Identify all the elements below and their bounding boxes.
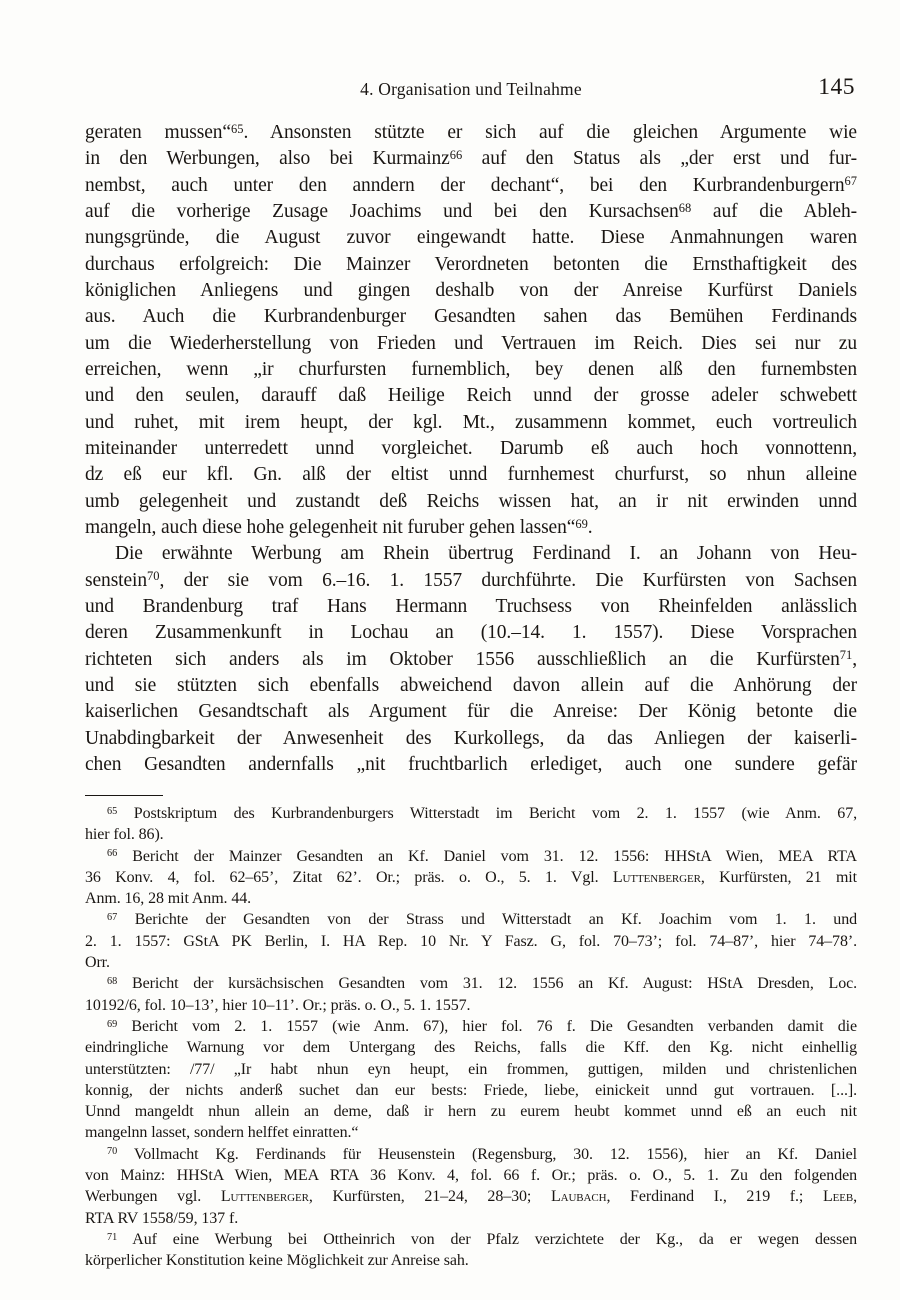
text-line: Unnd mangeldt nhun allein an deme, daß i…	[85, 1101, 857, 1122]
text-segment: um die Wiederherstellung von Frieden und…	[85, 333, 857, 354]
text-segment: und Brandenburg traf Hans Hermann Truchs…	[85, 596, 857, 617]
text-segment: Vollmacht Kg. Ferdinands für Heusenstein…	[117, 1146, 857, 1163]
footnote-marker: 68	[107, 976, 117, 987]
text-segment: auf die vorherige Zusage Joachims und be…	[85, 201, 679, 222]
text-line: erreichen, wenn „ir churfursten furnembl…	[85, 357, 857, 383]
footnotes: 65 Postskriptum des Kurbrandenburgers Wi…	[85, 803, 857, 1272]
text-line: und den seulen, darauff daß Heilige Reic…	[85, 383, 857, 409]
text-segment: .	[588, 517, 593, 538]
text-segment: Berichte der Gesandten von der Strass un…	[117, 911, 857, 928]
text-segment: senstein	[85, 570, 147, 591]
text-segment: und ruhet, mit irem heupt, der kgl. Mt.,…	[85, 412, 857, 433]
footnote-marker: 66	[450, 148, 462, 162]
text-line: 36 Konv. 4, fol. 62–65’, Zitat 62’. Or.;…	[85, 867, 857, 888]
text-segment: Laubach	[551, 1188, 607, 1205]
text-segment: mangeln, auch diese hohe gelegenheit nit…	[85, 517, 575, 538]
text-line: aus. Auch die Kurbrandenburger Gesandten…	[85, 304, 857, 330]
text-segment: Bericht der kursächsischen Gesandten vom…	[117, 975, 857, 992]
text-segment: eindringliche Warnung vor dem Untergang …	[85, 1039, 857, 1056]
text-line: um die Wiederherstellung von Frieden und…	[85, 331, 857, 357]
book-page: 4. Organisation und Teilnahme 145 gerate…	[0, 0, 900, 1300]
text-line: miteinander unterredett unnd vorgleichet…	[85, 436, 857, 462]
text-line: Die erwähnte Werbung am Rhein übertrug F…	[85, 541, 857, 567]
text-segment: RTA RV 1558/59, 137 f.	[85, 1210, 238, 1227]
footnote-marker: 65	[107, 806, 117, 817]
text-line: eindringliche Warnung vor dem Untergang …	[85, 1037, 857, 1058]
text-line: durchaus erfolgreich: Die Mainzer Verord…	[85, 252, 857, 278]
text-segment: in den Werbungen, also bei Kurmainz	[85, 148, 450, 169]
text-segment: mangelnn lasset, sondern helffet einratt…	[85, 1124, 358, 1141]
text-line: von Mainz: HHStA Wien, MEA RTA 36 Konv. …	[85, 1165, 857, 1186]
text-segment: 10192/6, fol. 10–13’, hier 10–11’. Or.; …	[85, 997, 470, 1014]
text-line: deren Zusammenkunft in Lochau an (10.–14…	[85, 620, 857, 646]
text-segment: und den seulen, darauff daß Heilige Reic…	[85, 385, 857, 406]
text-segment: Leeb	[823, 1188, 853, 1205]
text-line: mangeln, auch diese hohe gelegenheit nit…	[85, 515, 857, 541]
text-segment: ,	[852, 649, 857, 670]
text-line: auf die vorherige Zusage Joachims und be…	[85, 199, 857, 225]
text-segment: Luttenberger	[221, 1188, 309, 1205]
text-segment: miteinander unterredett unnd vorgleichet…	[85, 438, 857, 459]
text-segment: auf die Ableh-	[691, 201, 857, 222]
text-line: Anm. 16, 28 mit Anm. 44.	[85, 888, 857, 909]
text-line: mangelnn lasset, sondern helffet einratt…	[85, 1122, 857, 1143]
text-segment: Unnd mangeldt nhun allein an deme, daß i…	[85, 1103, 857, 1120]
footnote-marker: 71	[840, 648, 852, 662]
page-number: 145	[818, 74, 855, 100]
text-segment: ,	[853, 1188, 857, 1205]
footnote-marker: 68	[679, 201, 691, 215]
text-line: senstein70, der sie vom 6.–16. 1. 1557 d…	[85, 568, 857, 594]
text-line: 69 Bericht vom 2. 1. 1557 (wie Anm. 67),…	[85, 1016, 857, 1037]
text-line: kaiserlichen Gesandtschaft als Argument …	[85, 699, 857, 725]
text-segment: Bericht vom 2. 1. 1557 (wie Anm. 67), hi…	[117, 1018, 857, 1035]
text-segment: , Ferdinand I., 219 f.;	[606, 1188, 822, 1205]
text-line: körperlicher Konstitution keine Möglichk…	[85, 1250, 857, 1271]
text-line: geraten mussen“65. Ansonsten stützte er …	[85, 120, 857, 146]
text-segment: richteten sich anders als im Oktober 155…	[85, 649, 840, 670]
text-line: dz eß eur kfl. Gn. alß der eltist unnd f…	[85, 462, 857, 488]
text-segment: deren Zusammenkunft in Lochau an (10.–14…	[85, 622, 857, 643]
text-line: nembst, auch unter den anndern der decha…	[85, 173, 857, 199]
text-segment: Orr.	[85, 954, 110, 971]
footnote-marker: 65	[231, 122, 243, 136]
text-segment: Werbungen vgl.	[85, 1188, 221, 1205]
text-segment: 2. 1. 1557: GStA PK Berlin, I. HA Rep. 1…	[85, 933, 857, 950]
footnote-marker: 69	[107, 1019, 117, 1030]
text-line: unterstützten: /77/ „Ir habt nhun eyn he…	[85, 1059, 857, 1080]
text-segment: aus. Auch die Kurbrandenburger Gesandten…	[85, 306, 857, 327]
text-line: 67 Berichte der Gesandten von der Strass…	[85, 909, 857, 930]
text-segment: , Kurfürsten, 21–24, 28–30;	[309, 1188, 551, 1205]
text-segment: königlichen Anliegens und gingen deshalb…	[85, 280, 857, 301]
body-text: geraten mussen“65. Ansonsten stützte er …	[85, 120, 857, 778]
text-segment: hier fol. 86).	[85, 826, 164, 843]
footnote-separator	[85, 795, 163, 796]
text-line: richteten sich anders als im Oktober 155…	[85, 647, 857, 673]
footnote-marker: 66	[107, 848, 117, 859]
text-line: 71 Auf eine Werbung bei Ottheinrich von …	[85, 1229, 857, 1250]
page-header: 4. Organisation und Teilnahme 145	[85, 77, 857, 103]
footnote-marker: 67	[107, 912, 117, 923]
text-line: konnig, der nichts anderß suchet dan eur…	[85, 1080, 857, 1101]
text-segment: . Ansonsten stützte er sich auf die glei…	[243, 122, 857, 143]
text-segment: Bericht der Mainzer Gesandten an Kf. Dan…	[117, 848, 857, 865]
text-segment: von Mainz: HHStA Wien, MEA RTA 36 Konv. …	[85, 1167, 857, 1184]
text-segment: umb gelegenheit und zustandt deß Reichs …	[85, 491, 857, 512]
text-segment: körperlicher Konstitution keine Möglichk…	[85, 1252, 469, 1269]
text-segment: und sie stützten sich ebenfalls abweiche…	[85, 675, 857, 696]
text-line: 10192/6, fol. 10–13’, hier 10–11’. Or.; …	[85, 995, 857, 1016]
text-line: 68 Bericht der kursächsischen Gesandten …	[85, 973, 857, 994]
text-line: hier fol. 86).	[85, 824, 857, 845]
text-line: umb gelegenheit und zustandt deß Reichs …	[85, 489, 857, 515]
footnote-marker: 70	[107, 1146, 117, 1157]
text-segment: auf den Status als „der erst und fur-	[462, 148, 857, 169]
text-line: und ruhet, mit irem heupt, der kgl. Mt.,…	[85, 410, 857, 436]
text-segment: Postskriptum des Kurbrandenburgers Witte…	[117, 805, 857, 822]
text-segment: , der sie vom 6.–16. 1. 1557 durchführte…	[160, 570, 858, 591]
text-segment: konnig, der nichts anderß suchet dan eur…	[85, 1082, 857, 1099]
text-segment: , Kurfürsten, 21 mit	[701, 869, 857, 886]
text-segment: Luttenberger	[613, 869, 701, 886]
text-line: RTA RV 1558/59, 137 f.	[85, 1208, 857, 1229]
text-segment: dz eß eur kfl. Gn. alß der eltist unnd f…	[85, 464, 857, 485]
text-line: nungsgründe, die August zuvor eingewandt…	[85, 225, 857, 251]
text-segment: nungsgründe, die August zuvor eingewandt…	[85, 227, 857, 248]
text-segment: erreichen, wenn „ir churfursten furnembl…	[85, 359, 857, 380]
text-segment: nembst, auch unter den anndern der decha…	[85, 175, 845, 196]
text-line: in den Werbungen, also bei Kurmainz66 au…	[85, 146, 857, 172]
text-line: und Brandenburg traf Hans Hermann Truchs…	[85, 594, 857, 620]
text-segment: 36 Konv. 4, fol. 62–65’, Zitat 62’. Or.;…	[85, 869, 613, 886]
text-segment: kaiserlichen Gesandtschaft als Argument …	[85, 701, 857, 722]
text-segment: unterstützten: /77/ „Ir habt nhun eyn he…	[85, 1061, 857, 1078]
text-segment: Anm. 16, 28 mit Anm. 44.	[85, 890, 251, 907]
text-line: Orr.	[85, 952, 857, 973]
text-line: chen Gesandten andernfalls „nit fruchtba…	[85, 752, 857, 778]
footnote-marker: 71	[107, 1232, 117, 1243]
text-line: 70 Vollmacht Kg. Ferdinands für Heusenst…	[85, 1144, 857, 1165]
text-line: 66 Bericht der Mainzer Gesandten an Kf. …	[85, 846, 857, 867]
chapter-heading: 4. Organisation und Teilnahme	[360, 79, 582, 99]
text-line: königlichen Anliegens und gingen deshalb…	[85, 278, 857, 304]
footnote-marker: 70	[147, 569, 159, 583]
footnote-marker: 67	[845, 174, 857, 188]
footnote-marker: 69	[575, 517, 587, 531]
text-line: Werbungen vgl. Luttenberger, Kurfürsten,…	[85, 1186, 857, 1207]
text-segment: geraten mussen“	[85, 122, 231, 143]
text-line: 65 Postskriptum des Kurbrandenburgers Wi…	[85, 803, 857, 824]
text-segment: chen Gesandten andernfalls „nit fruchtba…	[85, 754, 857, 775]
text-segment: Unabdingbarkeit der Anwesenheit des Kurk…	[85, 728, 857, 749]
text-segment: durchaus erfolgreich: Die Mainzer Verord…	[85, 254, 857, 275]
text-segment: Auf eine Werbung bei Ottheinrich von der…	[117, 1231, 857, 1248]
text-line: und sie stützten sich ebenfalls abweiche…	[85, 673, 857, 699]
text-line: Unabdingbarkeit der Anwesenheit des Kurk…	[85, 726, 857, 752]
text-line: 2. 1. 1557: GStA PK Berlin, I. HA Rep. 1…	[85, 931, 857, 952]
text-segment: Die erwähnte Werbung am Rhein übertrug F…	[115, 543, 857, 564]
